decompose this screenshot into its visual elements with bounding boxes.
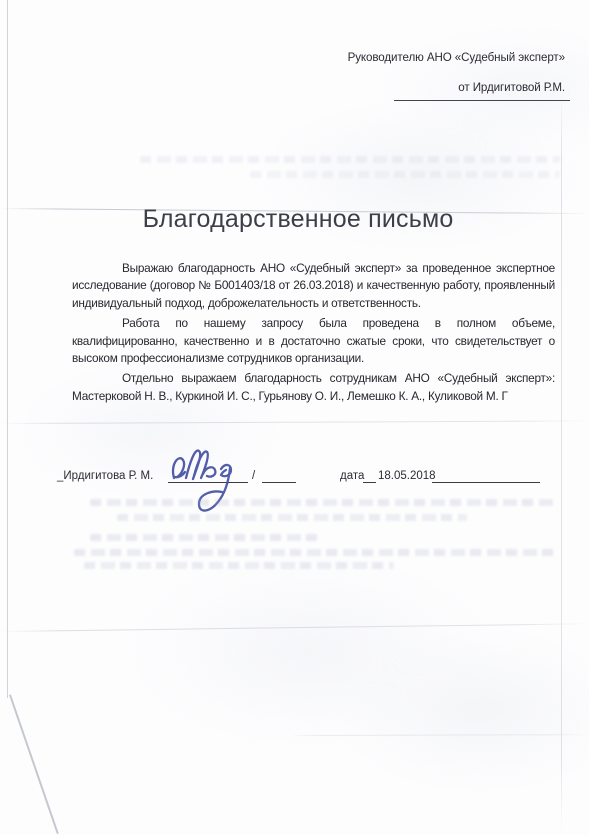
scanned-letter-page: Руководителю АНО «Судебный эксперт» от И… [0,0,589,835]
letter-body: Выражаю благодарность АНО «Судебный эксп… [72,260,555,408]
bleed-through-artifact [90,534,317,541]
page-edge-left [7,0,8,698]
bleed-through-artifact [74,549,558,556]
date-value: 18.05.2018 [378,470,436,482]
letter-title: Благодарственное письмо [8,205,588,234]
letter-paragraph: Работа по нашему запросу была проведена … [72,315,555,367]
bleed-through-artifact [90,499,558,506]
paper-texture [0,0,589,835]
recipient-line: Руководителю АНО «Судебный эксперт» [348,51,565,64]
signatory-name: _Ирдигитова Р. М. [57,470,153,482]
date-label: дата [340,470,364,482]
date-line [432,482,540,483]
bleed-through-artifact [117,514,467,521]
date-line [363,482,376,483]
bleed-through-artifact [140,156,560,163]
fold-crease [0,623,589,632]
letter-paragraph: Отдельно выражаем благодарность сотрудни… [72,370,555,405]
bleed-through-artifact [84,562,394,569]
header-underline [394,100,570,101]
bleed-through-artifact [250,171,560,178]
fold-crease [290,734,589,736]
letter-paragraph: Выражаю благодарность АНО «Судебный эксп… [72,260,555,312]
signature-line [262,482,296,483]
sender-line: от Ирдигитовой Р.М. [458,81,565,94]
fold-crease [0,420,589,424]
page-edge-corner [9,695,58,834]
